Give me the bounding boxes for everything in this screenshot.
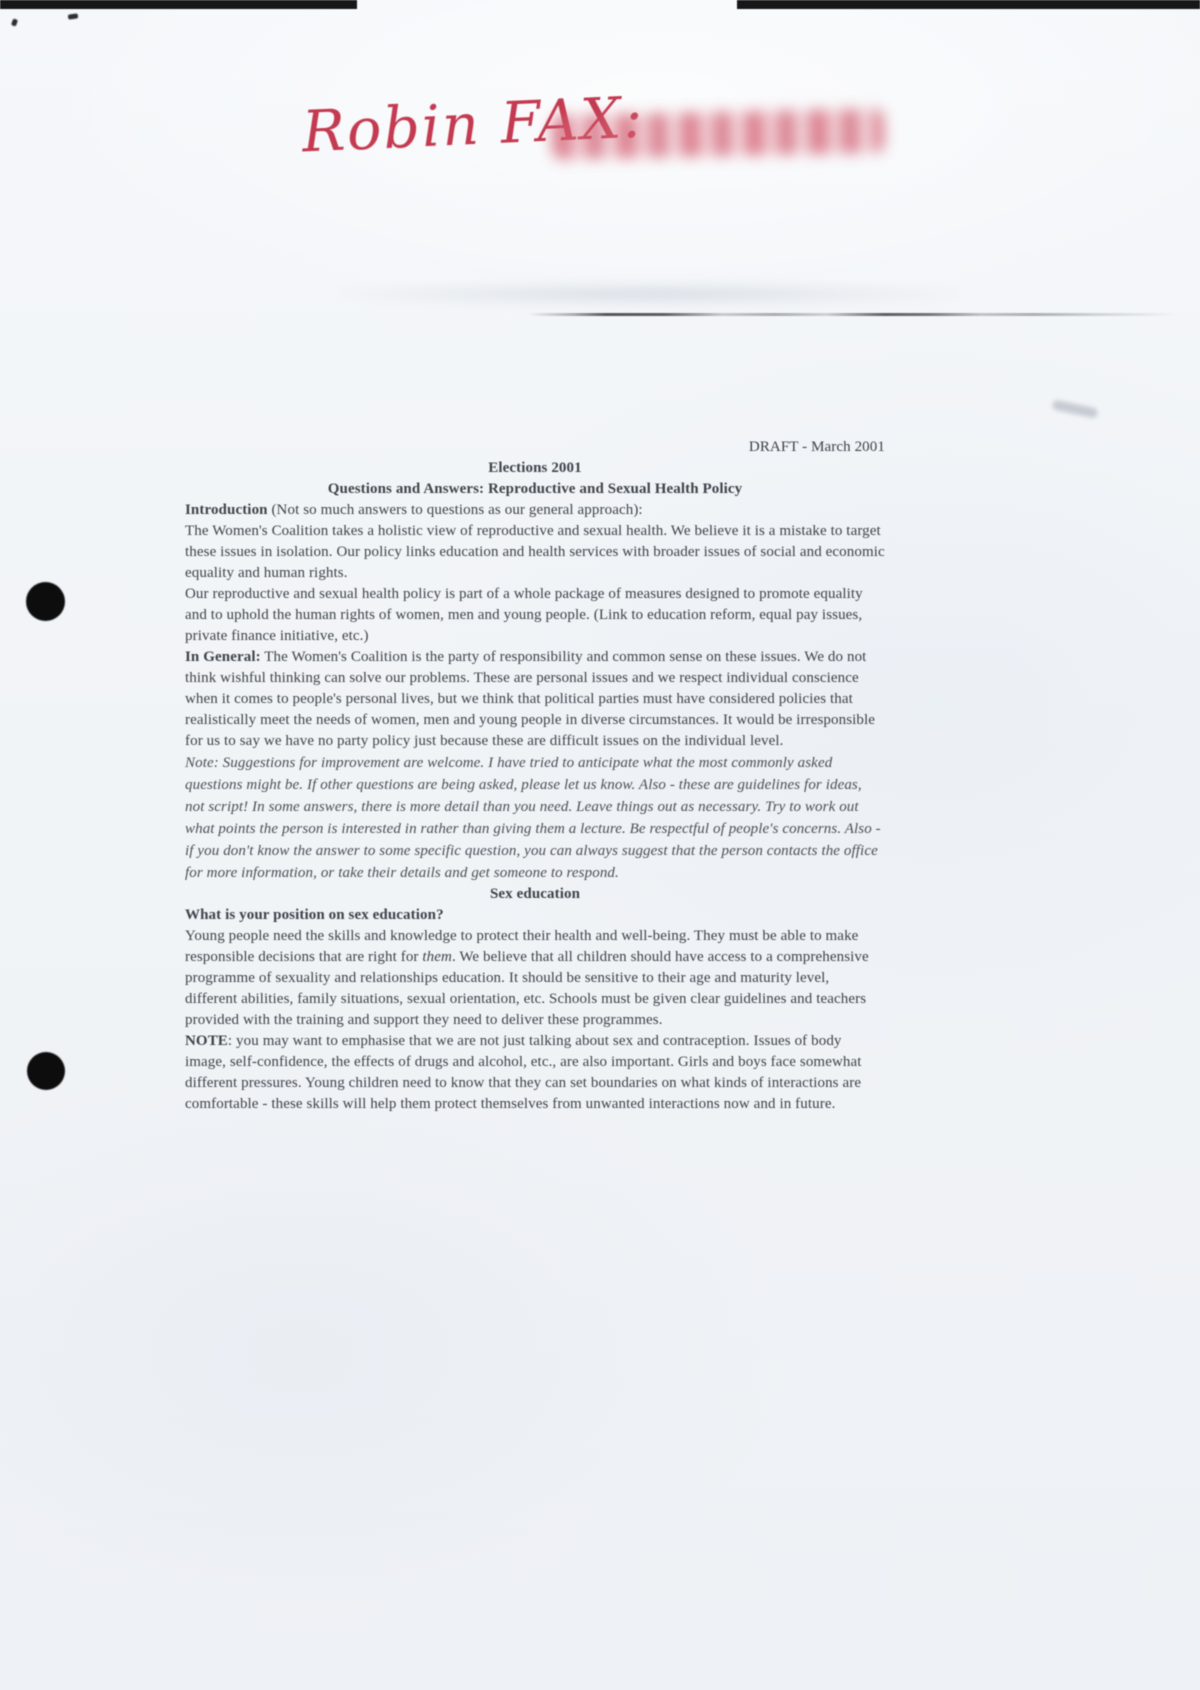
note-emphasis-paragraph: NOTE: you may want to emphasise that we … xyxy=(185,1031,885,1115)
draft-date-line: DRAFT - March 2001 xyxy=(185,437,885,458)
question-sex-education: What is your position on sex education? xyxy=(185,905,885,926)
answer-sex-education: Young people need the skills and knowled… xyxy=(185,926,885,1031)
in-general-text: The Women's Coalition is the party of re… xyxy=(185,649,875,749)
introduction-text: (Not so much answers to questions as our… xyxy=(268,502,643,518)
paragraph-policy-package: Our reproductive and sexual health polic… xyxy=(185,584,885,647)
note-label: NOTE xyxy=(185,1033,228,1049)
hole-punch-mark xyxy=(27,1052,65,1090)
paragraph-in-general: In General: The Women's Coalition is the… xyxy=(185,647,885,752)
note-to-canvassers: Note: Suggestions for improvement are we… xyxy=(185,752,885,884)
in-general-label: In General: xyxy=(185,649,261,665)
scan-speck xyxy=(68,13,79,19)
scan-smudge xyxy=(1051,399,1098,418)
document-title-line2: Questions and Answers: Reproductive and … xyxy=(185,479,885,500)
scan-speck xyxy=(11,18,18,26)
hole-punch-mark xyxy=(26,582,65,621)
scan-smudge xyxy=(340,282,960,306)
scan-line-artifact xyxy=(528,313,1176,316)
scanned-page: Robin FAX: DRAFT - March 2001 Elections … xyxy=(0,0,1200,1690)
answer-emphasis: them xyxy=(422,949,452,965)
paragraph-holistic-view: The Women's Coalition takes a holistic v… xyxy=(185,521,885,584)
document-title-line1: Elections 2001 xyxy=(185,458,885,479)
scan-artifact-top-bar-left xyxy=(0,0,357,9)
section-heading-sex-education: Sex education xyxy=(185,884,885,905)
document-body: DRAFT - March 2001 Elections 2001 Questi… xyxy=(185,437,885,1115)
introduction-line: Introduction (Not so much answers to que… xyxy=(185,500,885,521)
note-text: : you may want to emphasise that we are … xyxy=(185,1033,862,1112)
fax-number-blurred xyxy=(552,109,885,160)
scan-artifact-top-bar-right xyxy=(737,0,1200,9)
introduction-label: Introduction xyxy=(185,502,268,518)
